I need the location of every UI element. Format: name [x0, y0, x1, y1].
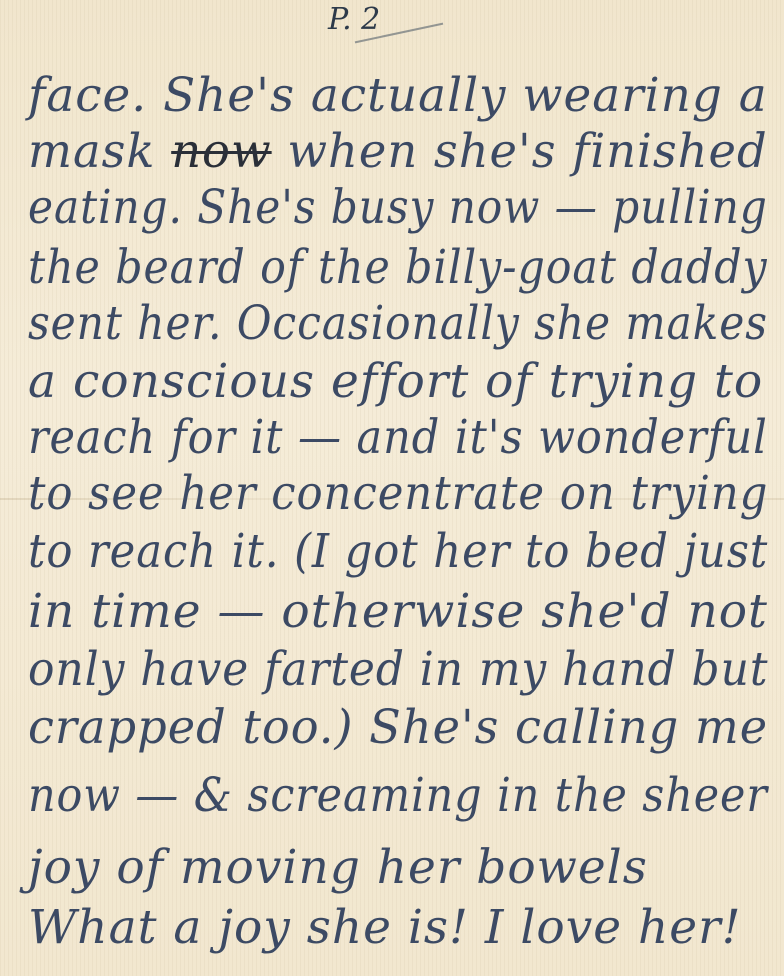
- letter-line-2: mask now when she's finished: [28, 124, 768, 179]
- letter-line-1: face. She's actually wearing a: [28, 68, 768, 123]
- letter-line-8: to see her concentrate on trying: [28, 466, 768, 521]
- letter-line-5: sent her. Occasionally she makes: [28, 296, 768, 351]
- struck-out-word: now: [171, 124, 271, 179]
- letter-line-4: the beard of the billy-goat daddy: [28, 240, 768, 295]
- letter-line-7: reach for it — and it's wonderful: [28, 410, 768, 465]
- line-2-prefix: mask: [28, 124, 171, 179]
- letter-line-3: eating. She's busy now — pulling: [28, 180, 768, 235]
- letter-line-9: to reach it. (I got her to bed just: [28, 524, 768, 579]
- letter-line-6: a conscious effort of trying to: [28, 354, 763, 409]
- letter-line-14: joy of moving her bowels: [28, 840, 648, 895]
- letter-line-10: in time — otherwise she'd not: [28, 584, 768, 639]
- letter-line-12: crapped too.) She's calling me: [28, 700, 768, 755]
- page-number: P. 2: [328, 2, 380, 37]
- letter-line-11: only have farted in my hand but: [28, 642, 768, 697]
- line-2-suffix: when she's finished: [272, 124, 768, 179]
- letter-line-13: now — & screaming in the sheer: [28, 768, 768, 823]
- letter-line-15: What a joy she is! I love her!: [28, 900, 741, 955]
